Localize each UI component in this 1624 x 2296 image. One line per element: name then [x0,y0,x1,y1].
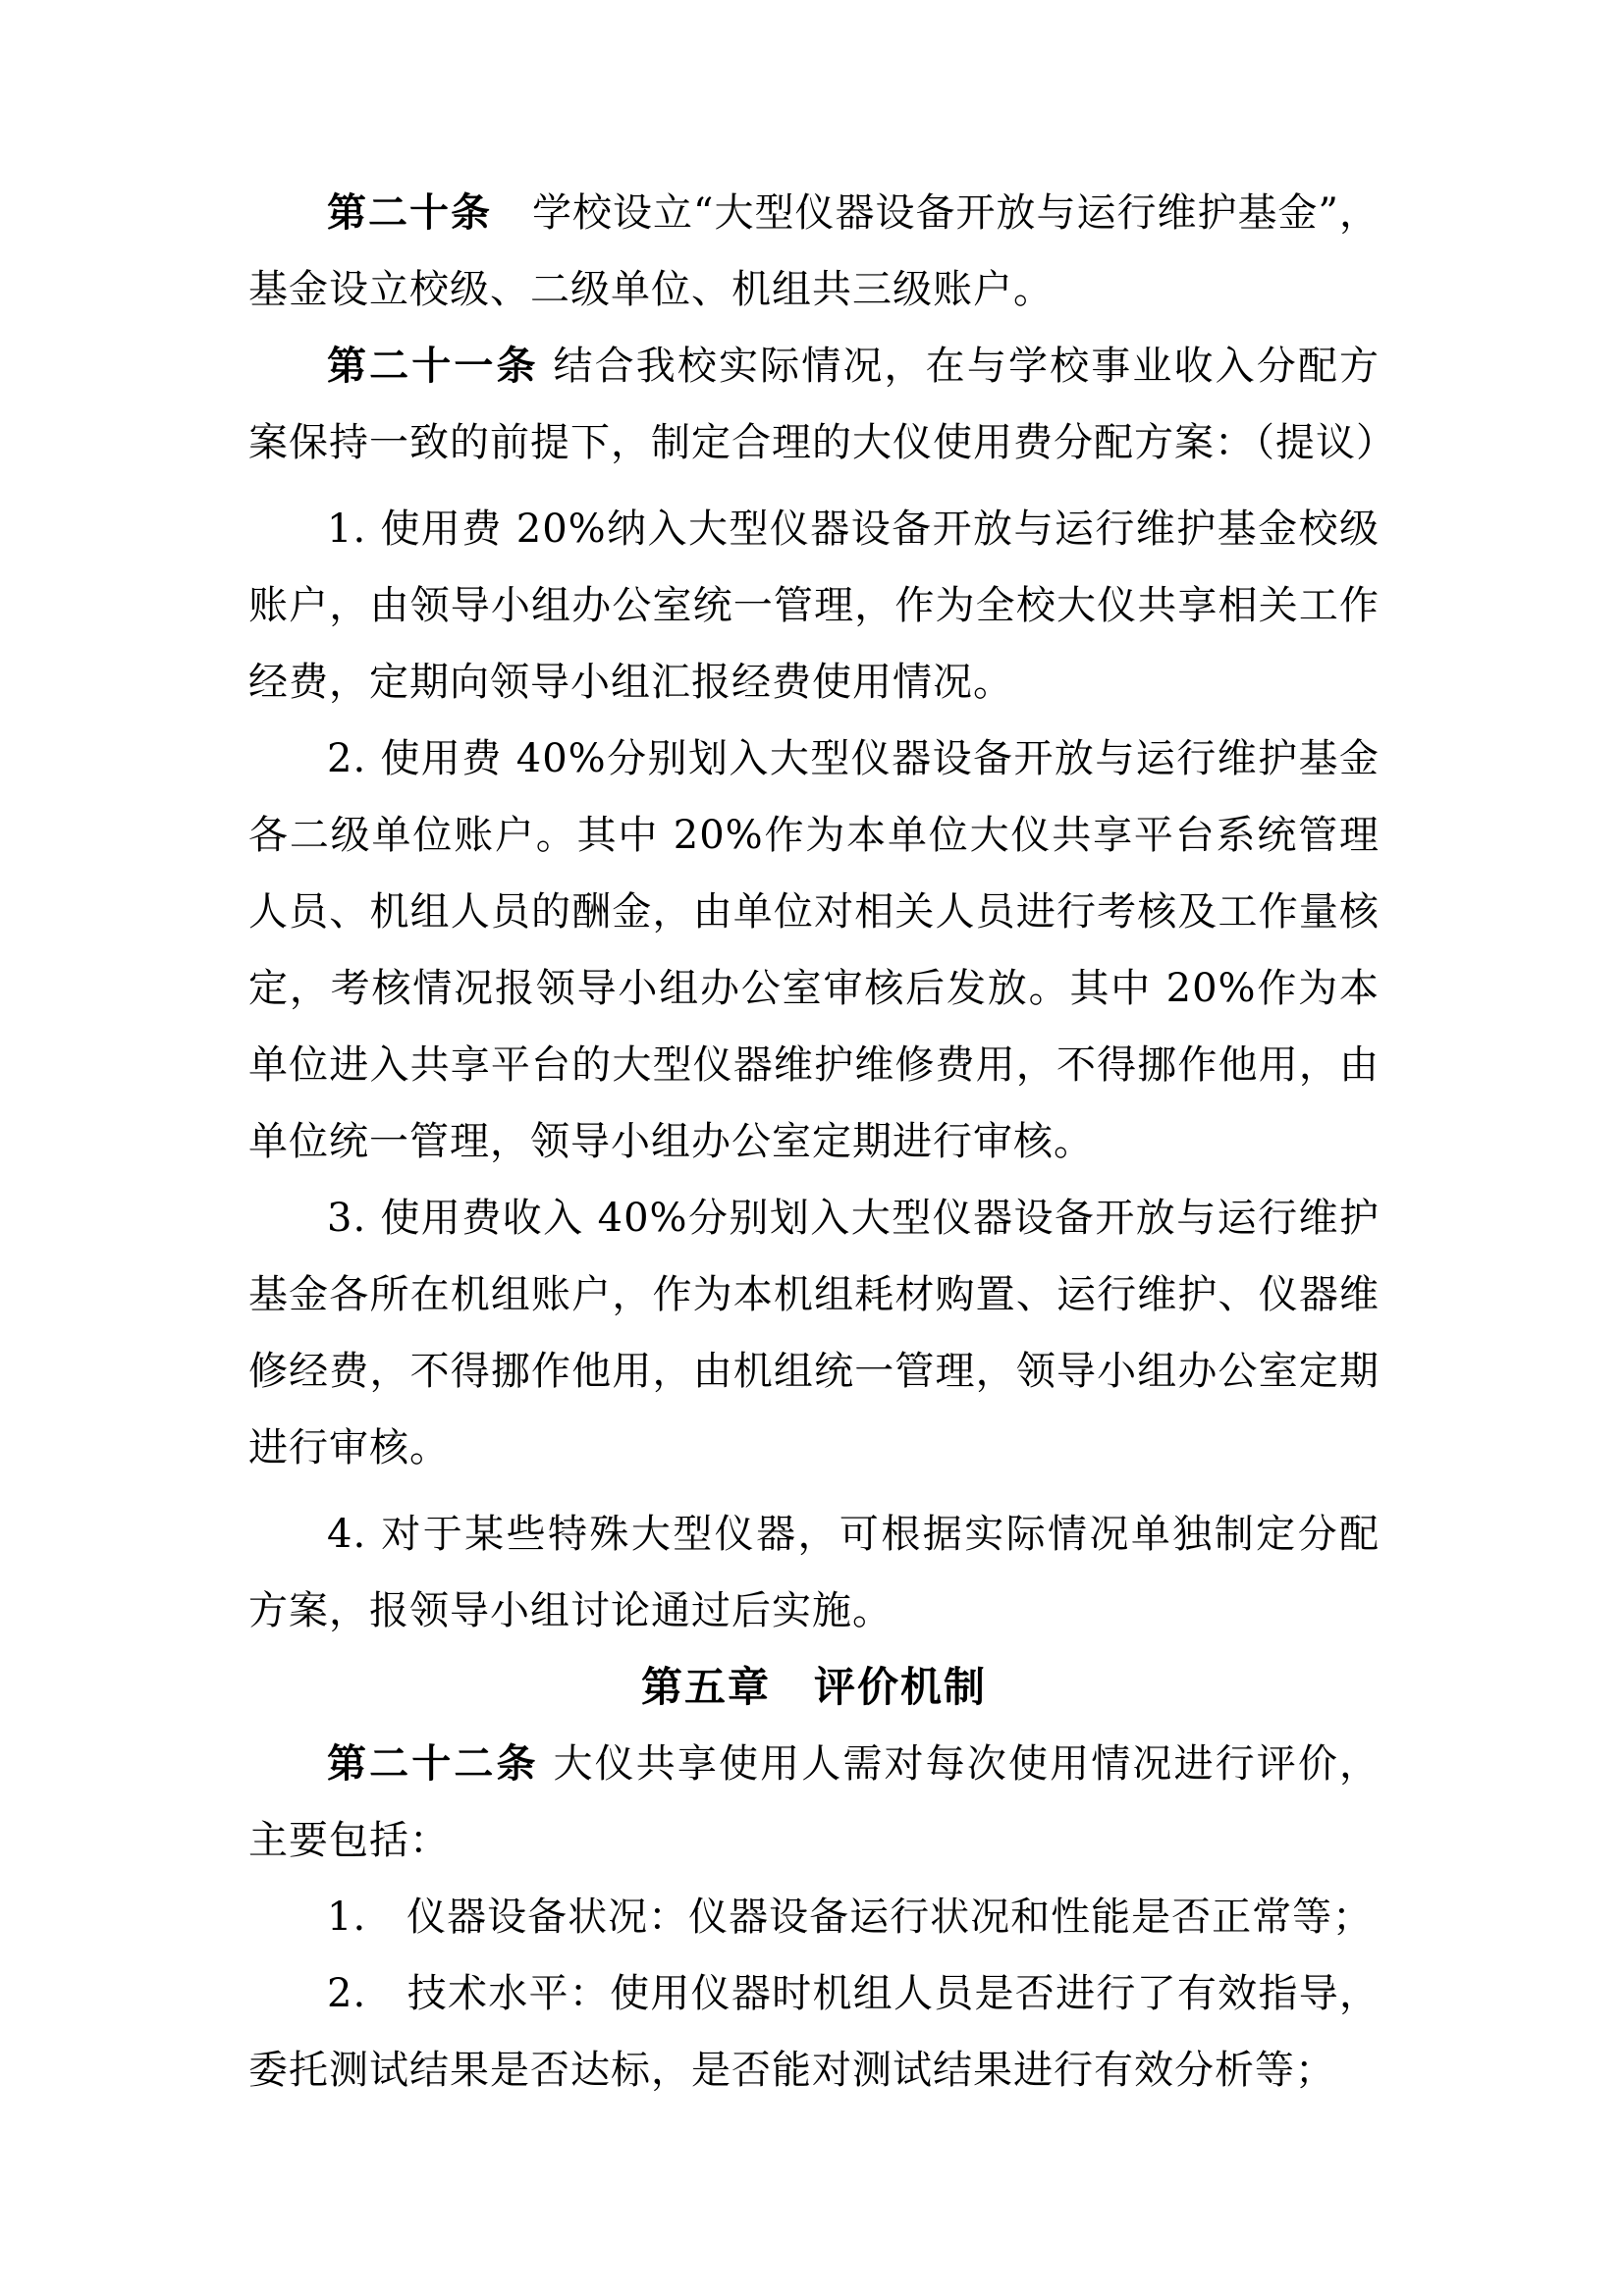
chapter-5-heading: 第五章 评价机制 [248,1649,1380,1726]
article-20-label: 第二十条 [327,190,492,236]
fee-item-3-text: 3. 使用费收入 40%分别划入大型仪器设备开放与运行维护基金各所在机组账户，作… [248,1196,1380,1470]
document-content: 第二十条 学校设立“大型仪器设备开放与运行维护基金”，基金设立校级、二级单位、机… [248,175,1380,2109]
fee-item-2-text: 2. 使用费 40%分别划入大型仪器设备开放与运行维护基金各二级单位账户。其中 … [248,736,1380,1164]
paragraph-fee-item-2: 2. 使用费 40%分别划入大型仪器设备开放与运行维护基金各二级单位账户。其中 … [248,721,1380,1180]
eval-item-1-text: 1. 仪器设备状况：仪器设备运行状况和性能是否正常等； [327,1895,1373,1940]
fee-item-1-text: 1. 使用费 20%纳入大型仪器设备开放与运行维护基金校级账户，由领导小组办公室… [248,507,1380,705]
paragraph-fee-item-3: 3. 使用费收入 40%分别划入大型仪器设备开放与运行维护基金各所在机组账户，作… [248,1180,1380,1486]
paragraph-fee-item-4: 4. 对于某些特殊大型仪器，可根据实际情况单独制定分配方案，报领导小组讨论通过后… [248,1496,1380,1649]
paragraph-eval-item-2: 2. 技术水平：使用仪器时机组人员是否进行了有效指导，委托测试结果是否达标，是否… [248,1955,1380,2109]
article-22-label: 第二十二条 [327,1741,539,1787]
paragraph-article-21: 第二十一条 结合我校实际情况，在与学校事业收入分配方案保持一致的前提下，制定合理… [248,328,1380,481]
article-21-label: 第二十一条 [327,344,539,389]
eval-item-2-text: 2. 技术水平：使用仪器时机组人员是否进行了有效指导，委托测试结果是否达标，是否… [248,1971,1380,2093]
paragraph-article-22: 第二十二条 大仪共享使用人需对每次使用情况进行评价，主要包括： [248,1726,1380,1879]
paragraph-eval-item-1: 1. 仪器设备状况：仪器设备运行状况和性能是否正常等； [248,1879,1380,1955]
paragraph-article-20: 第二十条 学校设立“大型仪器设备开放与运行维护基金”，基金设立校级、二级单位、机… [248,175,1380,328]
fee-item-4-text: 4. 对于某些特殊大型仪器，可根据实际情况单独制定分配方案，报领导小组讨论通过后… [248,1512,1380,1633]
document-page: 第二十条 学校设立“大型仪器设备开放与运行维护基金”，基金设立校级、二级单位、机… [0,0,1624,2296]
paragraph-fee-item-1: 1. 使用费 20%纳入大型仪器设备开放与运行维护基金校级账户，由领导小组办公室… [248,491,1380,721]
